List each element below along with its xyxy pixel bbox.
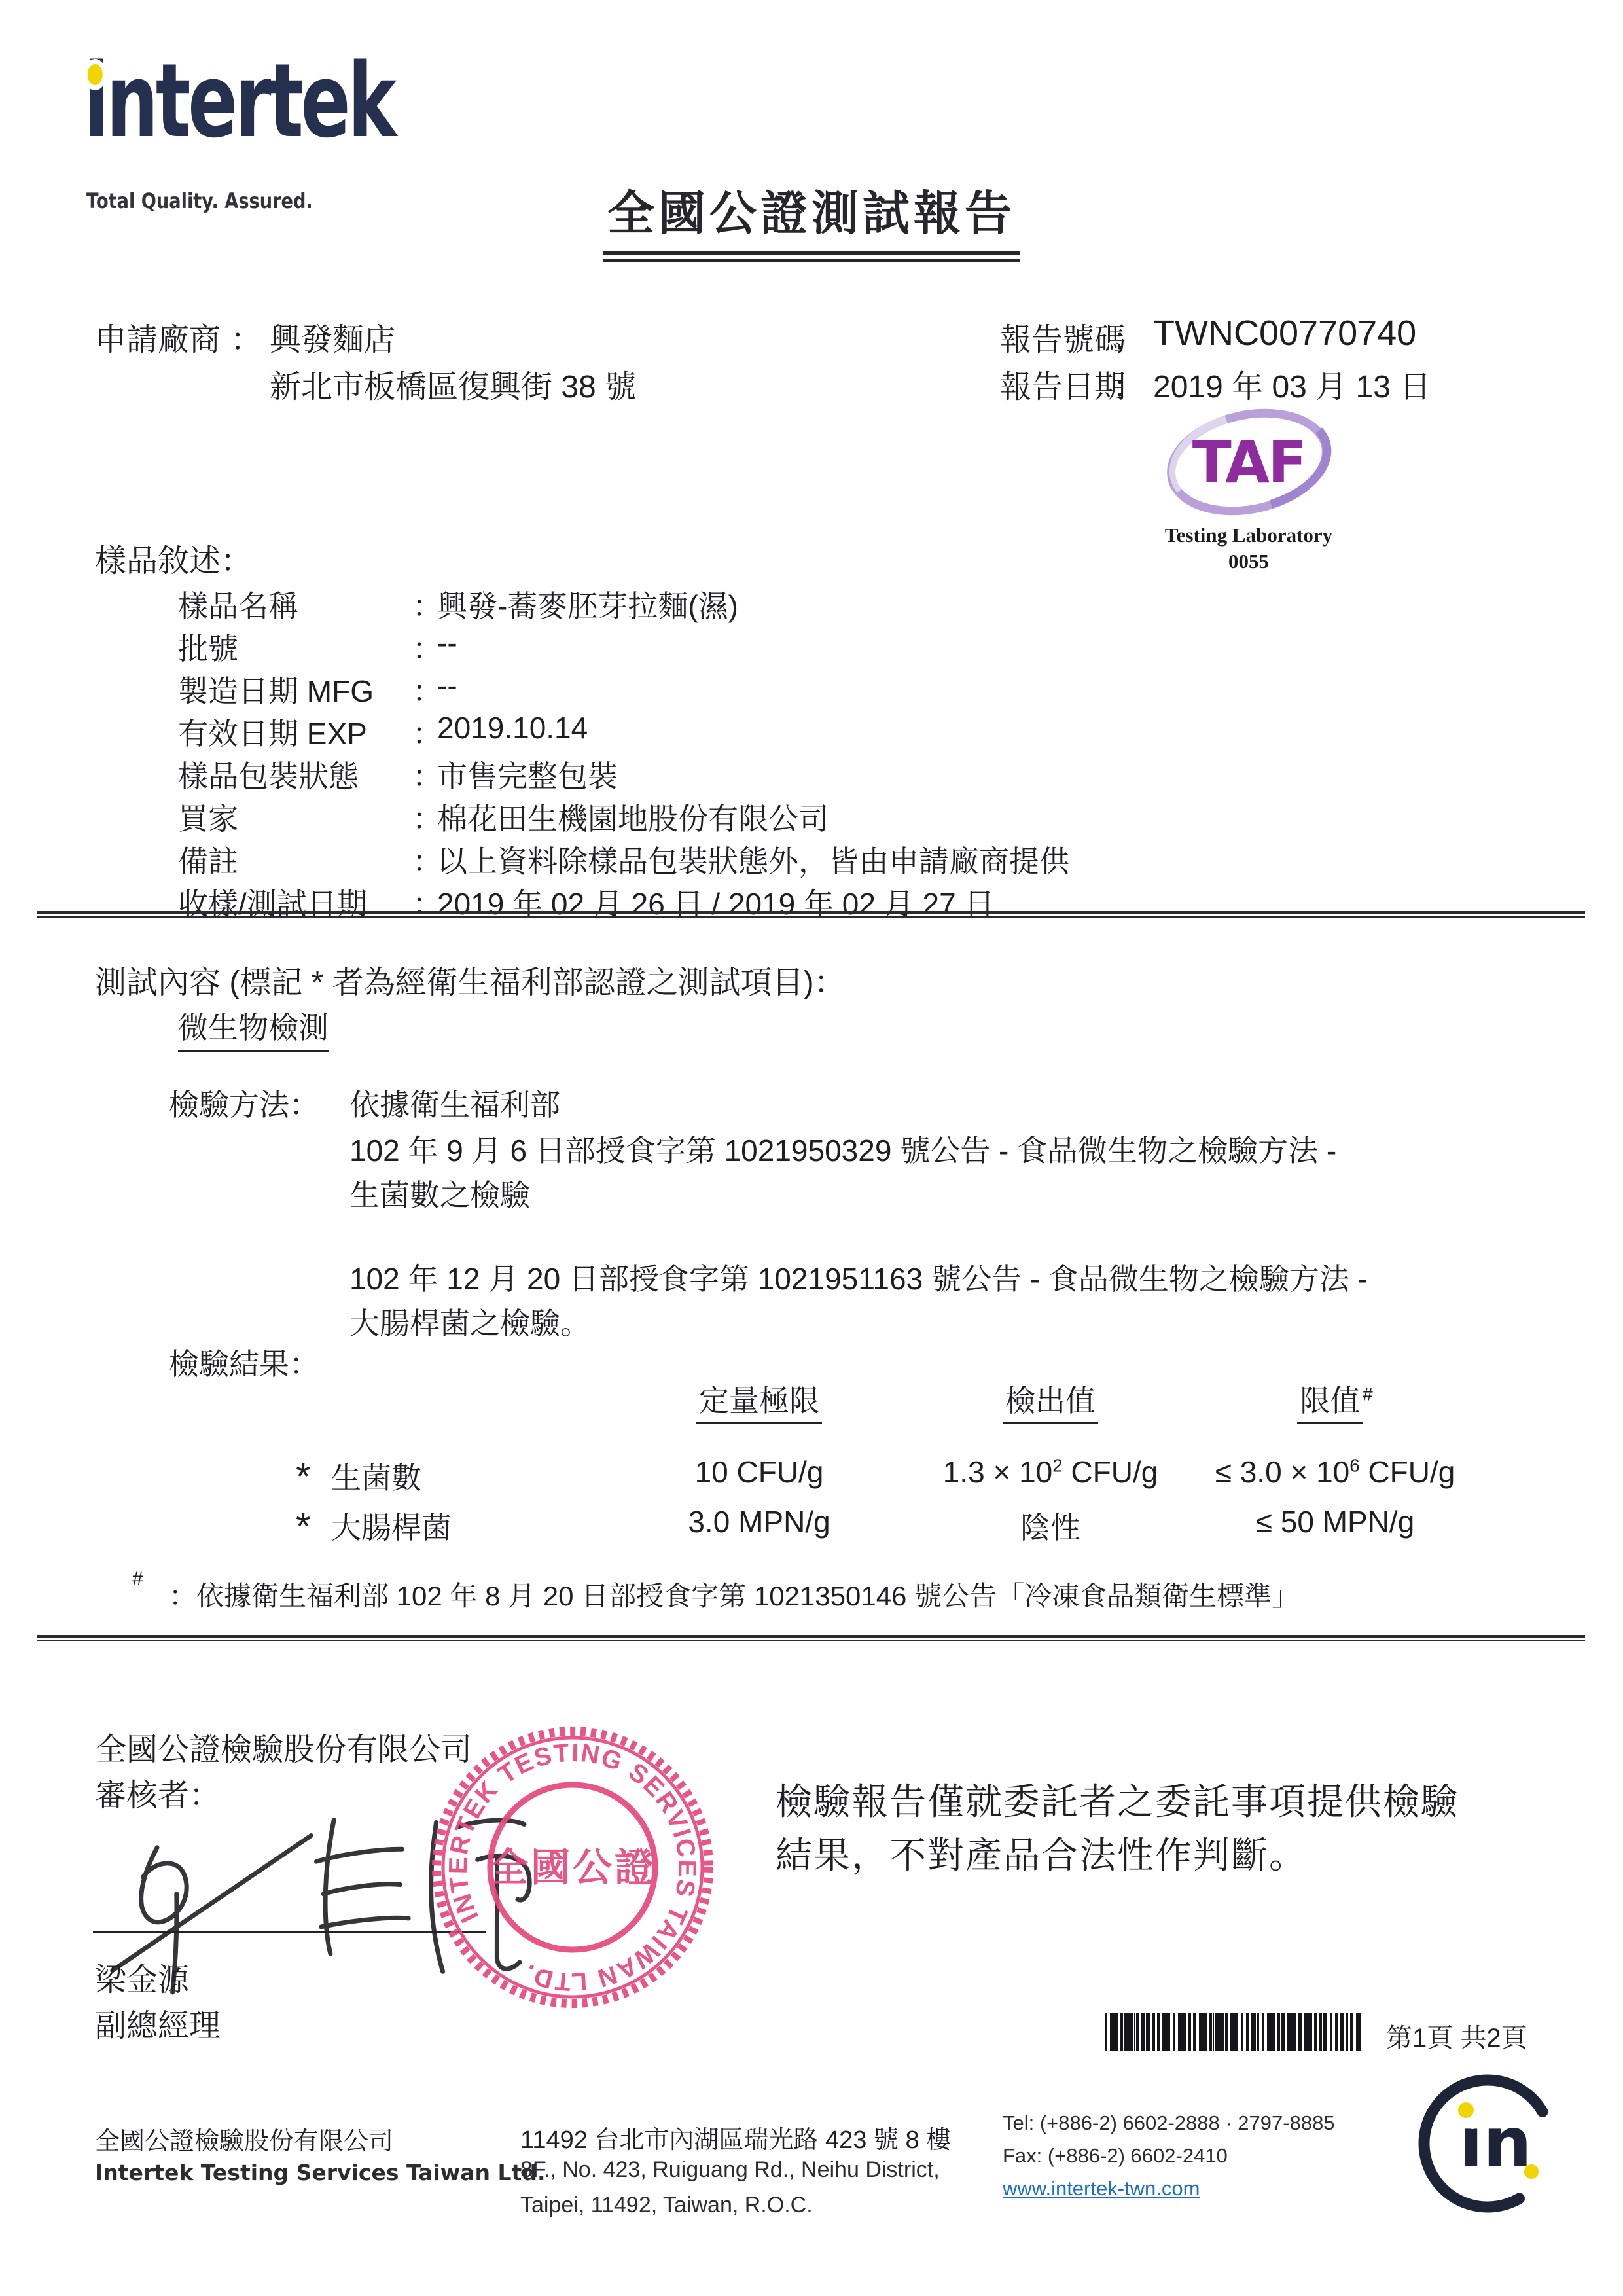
exp-date-label: 有效日期 EXP: [178, 710, 367, 753]
issuer-company-name: 全國公證檢驗股份有限公司: [95, 1724, 472, 1769]
batch-label: 批號: [178, 625, 238, 668]
sample-name-label: 樣品名稱: [178, 583, 298, 626]
row2-limit: ≤ 50 MPN/g: [1211, 1504, 1459, 1539]
applicant-label: 申請廠商: [95, 314, 221, 359]
intertek-logo: intertek: [84, 50, 514, 152]
method-source: 依據衛生福利部: [349, 1081, 560, 1124]
intertek-in-circle-logo-icon: in: [1411, 2067, 1565, 2221]
footer-company-en: Intertek Testing Services Taiwan Ltd.: [95, 2160, 546, 2185]
row2-certified-mark: *: [296, 1508, 311, 1546]
exp-date-value: 2019.10.14: [437, 710, 588, 745]
column-header-loq: 定量極限: [635, 1377, 883, 1420]
disclaimer-line2: 結果，不對產品合法性作判斷。: [776, 1829, 1459, 1882]
row1-detected: 1.3 × 102 CFU/g: [926, 1454, 1175, 1490]
row2-detected: 陰性: [926, 1504, 1175, 1547]
company-stamp-icon: INTERTEK TESTING SERVICES TAIWAN LTD. 全國…: [425, 1720, 720, 2015]
report-number-label: 報告號碼: [1000, 314, 1126, 359]
column-header-limit: 限值#: [1211, 1377, 1459, 1420]
report-date-colon: ：: [1113, 361, 1144, 406]
applicant-name: 興發麵店: [270, 314, 395, 359]
intertek-logo-wordmark: intertek: [84, 50, 394, 152]
remark-label: 備註: [178, 838, 238, 881]
method-label: 檢驗方法：: [169, 1081, 319, 1124]
footer-address-en1: 8F., No. 423, Ruiguang Rd., Neihu Distri…: [520, 2157, 940, 2183]
packaging-label: 樣品包裝狀態: [178, 753, 359, 796]
remark-value: 以上資料除樣品包裝狀態外，皆由申請廠商提供: [437, 838, 1069, 881]
report-date: 2019 年 03 月 13 日: [1153, 361, 1431, 406]
sample-name-value: 興發-蕎麥胚芽拉麵(濕): [437, 583, 738, 626]
row1-certified-mark: *: [296, 1458, 311, 1496]
mfg-date-label: 製造日期 MFG: [178, 668, 374, 711]
footer-website-link[interactable]: www.intertek-twn.com: [1003, 2177, 1200, 2200]
applicant-colon: ：: [230, 314, 262, 359]
buyer-label: 買家: [178, 795, 238, 838]
footer-address-cn: 11492 台北市內湖區瑞光路 423 號 8 樓: [520, 2119, 951, 2155]
page-title: 全國公證測試報告: [603, 175, 1020, 262]
row1-loq: 10 CFU/g: [635, 1454, 883, 1490]
report-date-label: 報告日期: [1000, 361, 1126, 406]
batch-value: --: [437, 625, 457, 660]
method2-line2: 大腸桿菌之檢驗。: [349, 1300, 590, 1343]
method1-line2: 生菌數之檢驗: [349, 1172, 530, 1215]
row2-item: 大腸桿菌: [331, 1504, 452, 1547]
taf-caption-line1: Testing Laboratory: [1157, 524, 1340, 547]
method2-line1: 102 年 12 月 20 日部授食字第 1021951163 號公告 - 食品…: [349, 1255, 1368, 1299]
report-number-colon: ：: [1113, 314, 1144, 359]
taf-acronym: TAF: [1192, 429, 1305, 496]
column-header-detected: 檢出值: [926, 1377, 1175, 1420]
footer-address-en2: Taipei, 11492, Taiwan, R.O.C.: [520, 2193, 813, 2218]
taf-caption-line2: 0055: [1157, 550, 1340, 573]
intertek-logo-yellow-dot-icon: [88, 64, 103, 85]
row1-limit: ≤ 3.0 × 106 CFU/g: [1211, 1454, 1459, 1490]
footnote-text: ：依據衛生福利部 102 年 8 月 20 日部授食字第 1021350146 …: [169, 1575, 1299, 1614]
footnote-mark: #: [132, 1568, 143, 1590]
footer-tel: Tel: (+886-2) 6602-2888 · 2797-8885: [1003, 2111, 1335, 2135]
test-content-heading: 測試內容 (標記 * 者為經衛生福利部認證之測試項目)：: [95, 957, 846, 1002]
taf-accreditation-logo-icon: TAF: [1157, 403, 1340, 521]
section-divider: [37, 911, 1585, 918]
footer-company-cn: 全國公證檢驗股份有限公司: [95, 2121, 393, 2157]
page-number: 第1頁 共2頁: [1386, 2017, 1527, 2054]
section-divider-bottom: [37, 1635, 1585, 1641]
footer-fax: Fax: (+886-2) 6602-2410: [1003, 2144, 1228, 2168]
row2-loq: 3.0 MPN/g: [635, 1504, 883, 1539]
disclaimer: 檢驗報告僅就委託者之委託事項提供檢驗 結果，不對產品合法性作判斷。: [776, 1775, 1459, 1882]
disclaimer-line1: 檢驗報告僅就委託者之委託事項提供檢驗: [776, 1775, 1459, 1829]
in-logo-yellow-dot-icon: [1458, 2102, 1474, 2118]
report-page: { "colors": { "navy": "#252f4e", "yellow…: [0, 0, 1623, 2296]
mfg-date-value: --: [437, 668, 457, 703]
reviewer-name: 梁金源: [95, 1954, 189, 2000]
sample-section-heading: 樣品敘述：: [95, 535, 252, 581]
applicant-address: 新北市板橋區復興街 38 號: [270, 361, 636, 406]
row1-item: 生菌數: [331, 1454, 421, 1498]
in-logo-gap-yellow-dot-icon: [1524, 2164, 1539, 2179]
report-barcode: [1105, 2013, 1361, 2051]
report-number: TWNC00770740: [1153, 313, 1416, 353]
buyer-value: 棉花田生機園地股份有限公司: [437, 795, 829, 838]
packaging-value: 市售完整包裝: [437, 753, 618, 796]
method1-line1: 102 年 9 月 6 日部授食字第 1021950329 號公告 - 食品微生…: [349, 1127, 1336, 1170]
intertek-tagline: Total Quality. Assured.: [86, 188, 313, 213]
reviewer-title: 副總經理: [95, 2000, 221, 2045]
stamp-center-text: 全國公證: [489, 1846, 656, 1890]
results-label: 檢驗結果：: [169, 1340, 319, 1384]
test-category: 微生物檢測: [178, 1004, 329, 1052]
